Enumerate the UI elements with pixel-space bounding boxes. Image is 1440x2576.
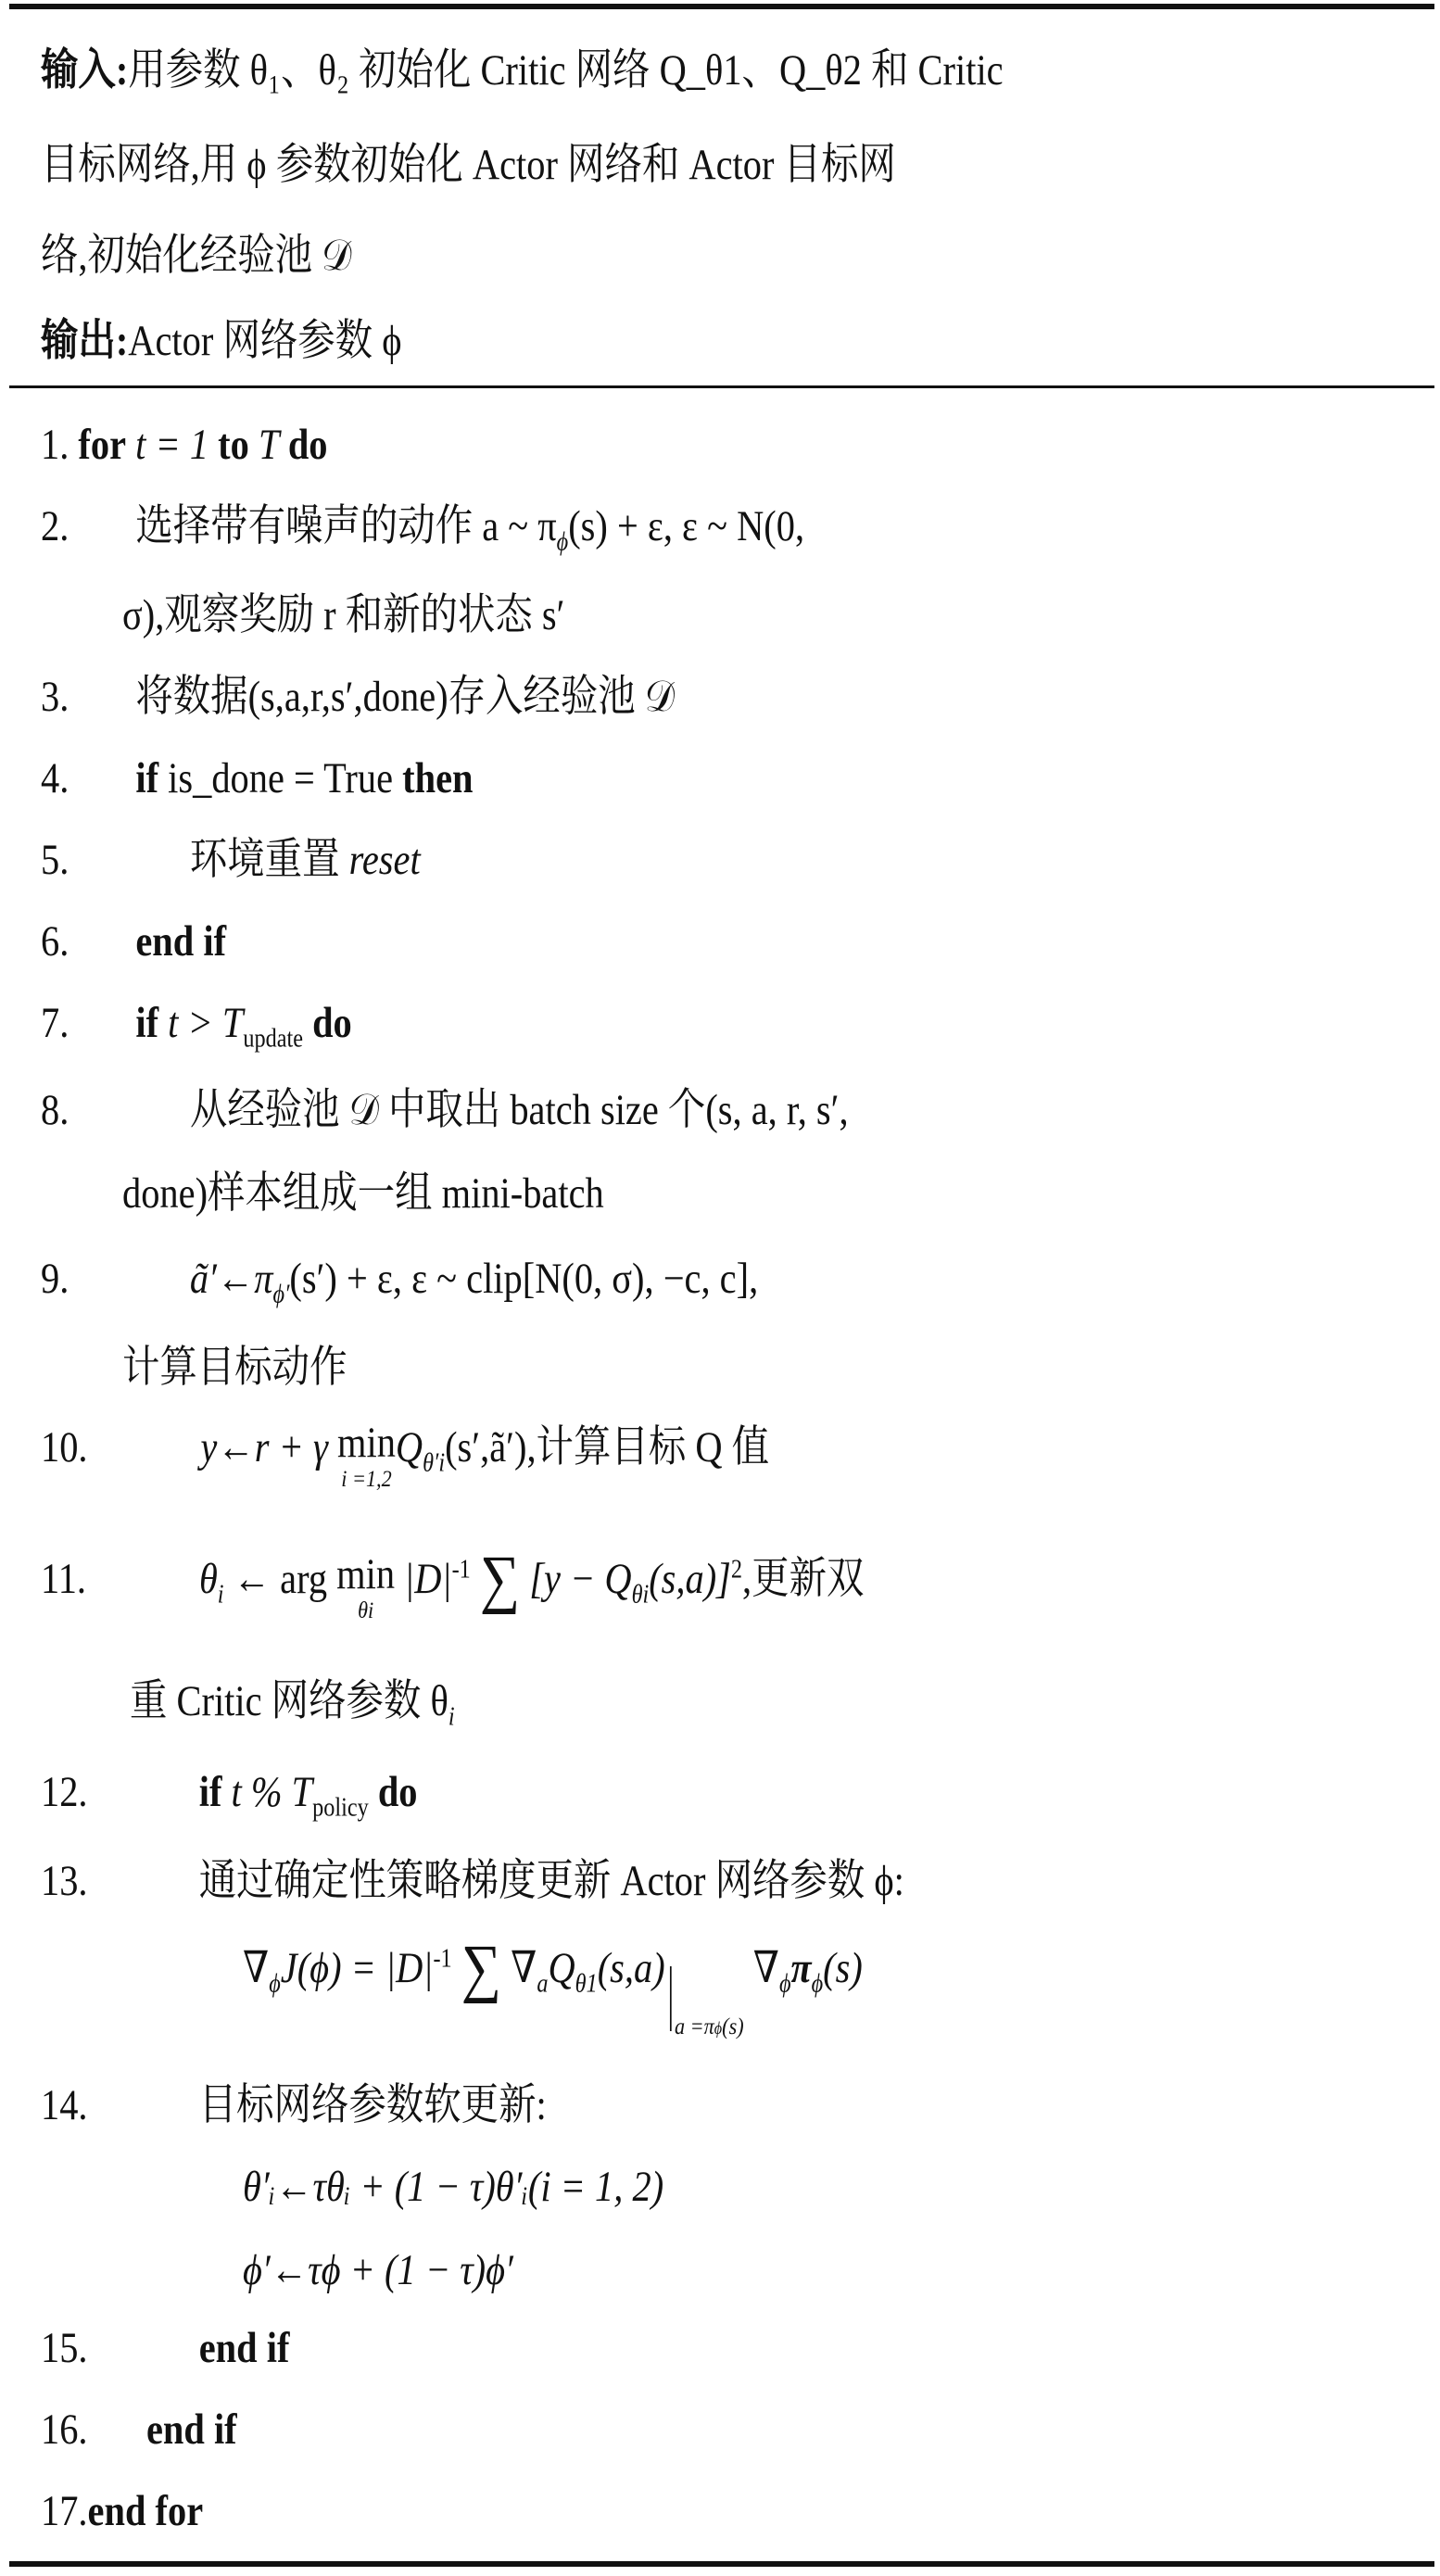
step-text: T <box>249 421 288 469</box>
formula-text: π <box>791 1944 812 1992</box>
step-text: ,更新双 <box>742 1555 864 1603</box>
step-text: t > T <box>158 999 243 1047</box>
sum-symbol: ∑ <box>480 1543 520 1615</box>
subscript: ϕ <box>557 527 569 556</box>
formula-text: (s) <box>823 1944 863 1992</box>
step-6: 6. end if <box>41 915 226 967</box>
step-text: |D| <box>395 1555 452 1603</box>
subscript: ϕ′ <box>273 1280 290 1308</box>
step-text: is_done = True <box>158 754 402 802</box>
sum-symbol: ∑ <box>461 1932 501 2004</box>
step-14-eq2: ϕ′←τϕ + (1 − τ)ϕ′ <box>243 2244 513 2296</box>
subscript: ϕ <box>812 1969 824 1998</box>
subscript: θ1 <box>575 1969 598 1998</box>
step-number: 15. <box>41 2322 88 2374</box>
step-text: done)样本组成一组 mini-batch <box>122 1169 604 1218</box>
keyword-end-if: end if <box>135 917 226 966</box>
nabla-symbol: ∇ <box>753 1944 779 1992</box>
step-text: t = 1 <box>126 421 218 469</box>
subscript: i <box>448 1702 455 1731</box>
step-text: σ),观察奖励 r 和新的状态 s′ <box>122 591 564 639</box>
step-number: 4. <box>41 752 69 804</box>
operator-text: min <box>336 1550 395 1598</box>
keyword-then: then <box>402 754 473 802</box>
formula-text: (s,a) <box>598 1944 665 1992</box>
superscript: 2 <box>731 1555 742 1584</box>
bottom-rule <box>9 2561 1434 2567</box>
superscript: -1 <box>452 1555 471 1584</box>
operator-subscript: θi <box>336 1598 395 1623</box>
min-operator: minθi <box>336 1553 395 1623</box>
input-line-1: 输入:用参数 θ₁、θ₂ 初始化 Critic 网络 Q_θ1、Q_θ2 和 C… <box>41 44 1004 96</box>
step-text: (s,a)] <box>649 1555 731 1603</box>
step-number: 8. <box>41 1084 69 1136</box>
eval-subscript: (s) <box>722 2013 743 2039</box>
step-number: 5. <box>41 834 69 886</box>
keyword-for: for <box>78 421 126 469</box>
keyword-end-if: end if <box>146 2406 237 2454</box>
step-text: 从经验池 𝒟 中取出 batch size 个(s, a, r, s′, <box>190 1086 849 1134</box>
step-5: 5. 环境重置 reset <box>41 834 421 886</box>
keyword-if: if <box>135 754 158 802</box>
step-text: 通过确定性策略梯度更新 Actor 网络参数 ϕ: <box>199 1857 904 1905</box>
step-number: 17. <box>41 2485 88 2537</box>
subscript: i <box>218 1580 224 1609</box>
step-text: 选择带有噪声的动作 a ~ π <box>135 502 556 550</box>
step-number: 14. <box>41 2079 88 2131</box>
step-3: 3. 将数据(s,a,r,s′,done)存入经验池 𝒟 <box>41 671 675 723</box>
step-text: [y − Q <box>529 1555 631 1603</box>
formula-text: θ′ᵢ←τθᵢ + (1 − τ)θ′ᵢ(i = 1, 2) <box>243 2163 663 2211</box>
step-text: ã′←π <box>190 1255 273 1303</box>
step-9-cont: 计算目标动作 <box>122 1342 347 1394</box>
formula-text: Q <box>548 1944 575 1992</box>
keyword-do: do <box>288 421 328 469</box>
step-number: 10. <box>41 1421 88 1473</box>
input-line-3: 络,初始化经验池 𝒟 <box>41 230 351 282</box>
formula-text: J(ϕ) = |D| <box>281 1944 434 1992</box>
step-number: 12. <box>41 1766 88 1818</box>
min-operator: mini =1,2 <box>337 1421 396 1491</box>
input-text-1: 用参数 θ₁、θ₂ 初始化 Critic 网络 Q_θ1、Q_θ2 和 Crit… <box>128 46 1003 95</box>
top-rule <box>9 4 1434 9</box>
header-rule <box>9 385 1434 388</box>
step-11: 11. θi ← arg minθi |D|-1 ∑ [y − Qθi(s,a)… <box>41 1553 864 1623</box>
step-text: (s) + ε, ε ~ N(0, <box>568 502 804 550</box>
step-text: Q <box>396 1423 423 1471</box>
eval-subscript: a =π <box>675 2013 714 2039</box>
step-text: 将数据(s,a,r,s′,done)存入经验池 𝒟 <box>135 673 675 721</box>
input-line-2: 目标网络,用 ϕ 参数初始化 Actor 网络和 Actor 目标网 <box>41 139 896 191</box>
step-9: 9. ã′←πϕ′(s′) + ε, ε ~ clip[N(0, σ), −c,… <box>41 1253 758 1305</box>
subscript: policy <box>312 1793 369 1822</box>
nabla-symbol: ∇ <box>501 1944 537 1992</box>
step-number: 9. <box>41 1253 69 1305</box>
subscript: θi <box>632 1580 650 1609</box>
step-12: 12. if t % Tpolicy do <box>41 1766 418 1818</box>
subscript: ϕ <box>269 1969 281 1998</box>
step-number: 7. <box>41 997 69 1049</box>
step-number: 1. <box>41 419 69 471</box>
subscript: update <box>243 1024 303 1053</box>
step-2-cont: σ),观察奖励 r 和新的状态 s′ <box>122 589 564 641</box>
keyword-do: do <box>378 1768 418 1816</box>
keyword-do: do <box>312 999 352 1047</box>
step-number: 13. <box>41 1855 88 1907</box>
step-13-formula: ∇ϕJ(ϕ) = |D|-1 ∑ ∇aQθ1(s,a)a =πϕ(s) ∇ϕπϕ… <box>243 1942 863 2031</box>
step-8: 8. 从经验池 𝒟 中取出 batch size 个(s, a, r, s′, <box>41 1084 849 1136</box>
step-text-italic: reset <box>349 836 421 884</box>
step-text: 计算目标动作 <box>122 1344 347 1392</box>
step-10: 10. y←r + γ mini =1,2Qθ′i(s′,ã′),计算目标 Q … <box>41 1421 769 1491</box>
step-text: 重 Critic 网络参数 θ <box>130 1677 448 1725</box>
step-number: 3. <box>41 671 69 723</box>
subscript: θ′i <box>423 1448 445 1477</box>
nabla-symbol: ∇ <box>243 1944 269 1992</box>
step-number: 2. <box>41 500 69 552</box>
formula-text: ϕ′←τϕ + (1 − τ)ϕ′ <box>243 2246 513 2294</box>
input-text-3: 络,初始化经验池 𝒟 <box>41 232 351 280</box>
step-16: 16. end if <box>41 2404 237 2456</box>
input-label: 输入: <box>41 46 128 95</box>
keyword-end-for: end for <box>88 2487 204 2535</box>
output-label: 输出: <box>41 317 128 365</box>
subscript: a <box>537 1969 548 1998</box>
step-4: 4. if is_done = True then <box>41 752 474 804</box>
step-13: 13. 通过确定性策略梯度更新 Actor 网络参数 ϕ: <box>41 1855 904 1907</box>
step-14: 14. 目标网络参数软更新: <box>41 2079 547 2131</box>
step-17: 17.end for <box>41 2485 203 2537</box>
step-number: 11. <box>41 1553 86 1605</box>
step-8-cont: done)样本组成一组 mini-batch <box>122 1168 604 1219</box>
step-number: 6. <box>41 915 69 967</box>
step-text: 环境重置 <box>190 836 349 884</box>
step-text: 目标网络参数软更新: <box>199 2081 547 2129</box>
step-number: 16. <box>41 2404 88 2456</box>
step-7: 7. if t > Tupdate do <box>41 997 352 1049</box>
step-text: (s′,ã′),计算目标 Q 值 <box>445 1423 769 1471</box>
step-14-eq1: θ′ᵢ←τθᵢ + (1 − τ)θ′ᵢ(i = 1, 2) <box>243 2161 663 2213</box>
step-text: y←r + γ <box>200 1423 337 1471</box>
keyword-end-if: end if <box>199 2324 290 2372</box>
superscript: -1 <box>433 1944 451 1973</box>
output-line: 输出:Actor 网络参数 ϕ <box>41 315 402 367</box>
output-text: Actor 网络参数 ϕ <box>128 317 401 365</box>
step-2: 2. 选择带有噪声的动作 a ~ πϕ(s) + ε, ε ~ N(0, <box>41 500 804 552</box>
step-11-cont: 重 Critic 网络参数 θi <box>130 1675 455 1727</box>
operator-text: min <box>337 1419 396 1467</box>
step-1: 1. for t = 1 to T do <box>41 419 328 471</box>
evaluation-bar: a =πϕ(s) <box>670 1966 744 2031</box>
step-text: ← arg <box>224 1555 337 1603</box>
keyword-if: if <box>135 999 158 1047</box>
subscript: ϕ <box>779 1969 791 1998</box>
step-text: (s′) + ε, ε ~ clip[N(0, σ), −c, c], <box>289 1255 758 1303</box>
keyword-to: to <box>218 421 249 469</box>
step-text: t % T <box>221 1768 312 1816</box>
step-15: 15. end if <box>41 2322 289 2374</box>
step-text: θ <box>199 1555 218 1603</box>
operator-subscript: i =1,2 <box>337 1467 396 1491</box>
keyword-if: if <box>199 1768 222 1816</box>
input-text-2: 目标网络,用 ϕ 参数初始化 Actor 网络和 Actor 目标网 <box>41 141 896 189</box>
